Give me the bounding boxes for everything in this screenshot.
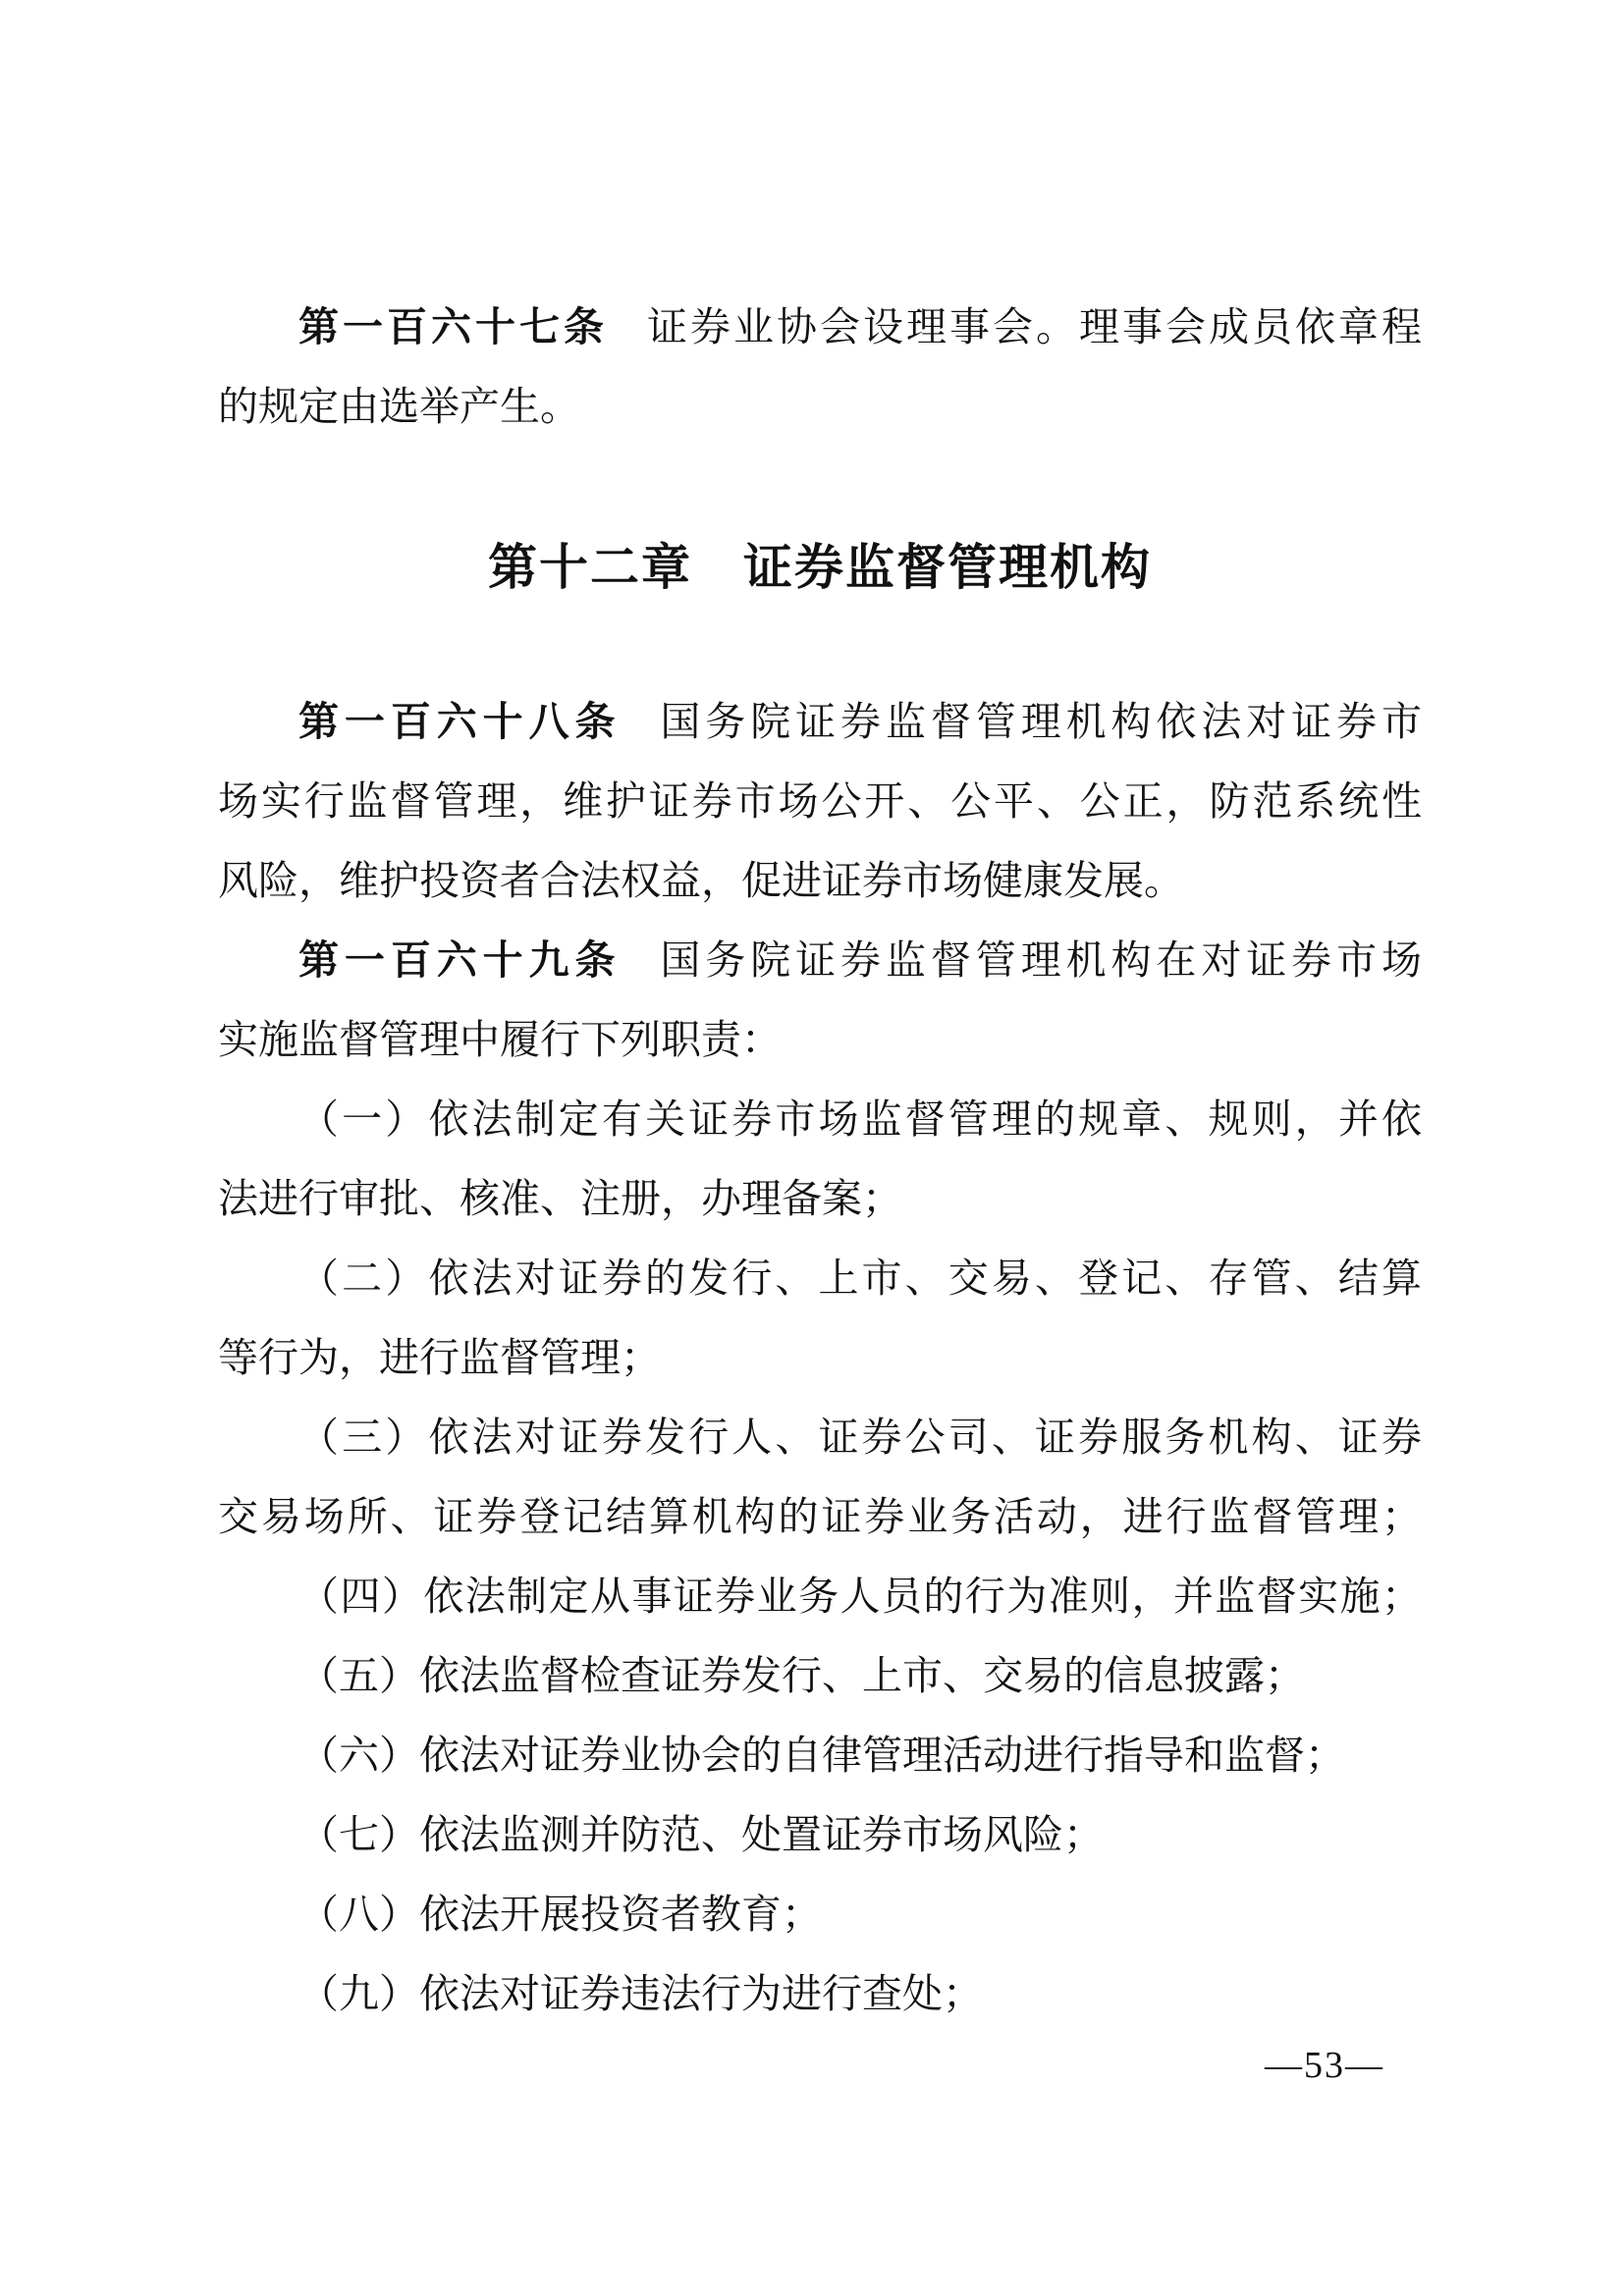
duty-item-6-line-1: （六）依法对证券业协会的自律管理活动进行指导和监督； <box>218 1716 1422 1795</box>
duty-item-3-line-1: （三）依法对证券发行人、证券公司、证券服务机构、证券 <box>218 1398 1422 1477</box>
article-168-text-1: 国务院证券监督管理机构依法对证券市 <box>660 699 1422 744</box>
duty-item-7-line-1: （七）依法监测并防范、处置证券市场风险； <box>218 1795 1422 1875</box>
article-169-text-1: 国务院证券监督管理机构在对证券市场 <box>660 937 1422 983</box>
document-page: 第一百六十七条证券业协会设理事会。理事会成员依章程 的规定由选举产生。 第十二章… <box>0 0 1624 2296</box>
document-body: 第一百六十七条证券业协会设理事会。理事会成员依章程 的规定由选举产生。 第十二章… <box>218 0 1422 2034</box>
duty-item-9-line-1: （九）依法对证券违法行为进行查处； <box>218 1954 1422 2034</box>
page-number: —53— <box>1265 2044 1384 2087</box>
article-168-line-2: 场实行监督管理，维护证券市场公开、公平、公正，防范系统性 <box>218 762 1422 841</box>
article-167-text-1: 证券业协会设理事会。理事会成员依章程 <box>647 304 1422 349</box>
duty-item-3-line-2: 交易场所、证券登记结算机构的证券业务活动，进行监督管理； <box>218 1477 1422 1557</box>
duty-item-8-line-1: （八）依法开展投资者教育； <box>218 1875 1422 1954</box>
article-168-line-3: 风险，维护投资者合法权益，促进证券市场健康发展。 <box>218 841 1422 921</box>
duty-item-1-line-1: （一）依法制定有关证券市场监督管理的规章、规则，并依 <box>218 1080 1422 1159</box>
duty-item-4-line-1: （四）依法制定从事证券业务人员的行为准则，并监督实施； <box>218 1557 1422 1636</box>
article-169-term: 第一百六十九条 <box>298 937 621 983</box>
chapter-heading: 第十二章 证券监督管理机构 <box>218 528 1422 608</box>
duty-item-5-line-1: （五）依法监督检查证券发行、上市、交易的信息披露； <box>218 1636 1422 1716</box>
article-167-line-1: 第一百六十七条证券业协会设理事会。理事会成员依章程 <box>218 288 1422 367</box>
duty-item-2-line-2: 等行为，进行监督管理； <box>218 1318 1422 1398</box>
article-168-term: 第一百六十八条 <box>298 699 621 744</box>
article-167-line-2: 的规定由选举产生。 <box>218 367 1422 447</box>
article-167-term: 第一百六十七条 <box>298 304 608 349</box>
article-168-line-1: 第一百六十八条国务院证券监督管理机构依法对证券市 <box>218 682 1422 762</box>
duty-item-2-line-1: （二）依法对证券的发行、上市、交易、登记、存管、结算 <box>218 1239 1422 1318</box>
duty-item-1-line-2: 法进行审批、核准、注册，办理备案； <box>218 1159 1422 1239</box>
article-169-line-1: 第一百六十九条国务院证券监督管理机构在对证券市场 <box>218 921 1422 1000</box>
article-169-line-2: 实施监督管理中履行下列职责： <box>218 1000 1422 1080</box>
